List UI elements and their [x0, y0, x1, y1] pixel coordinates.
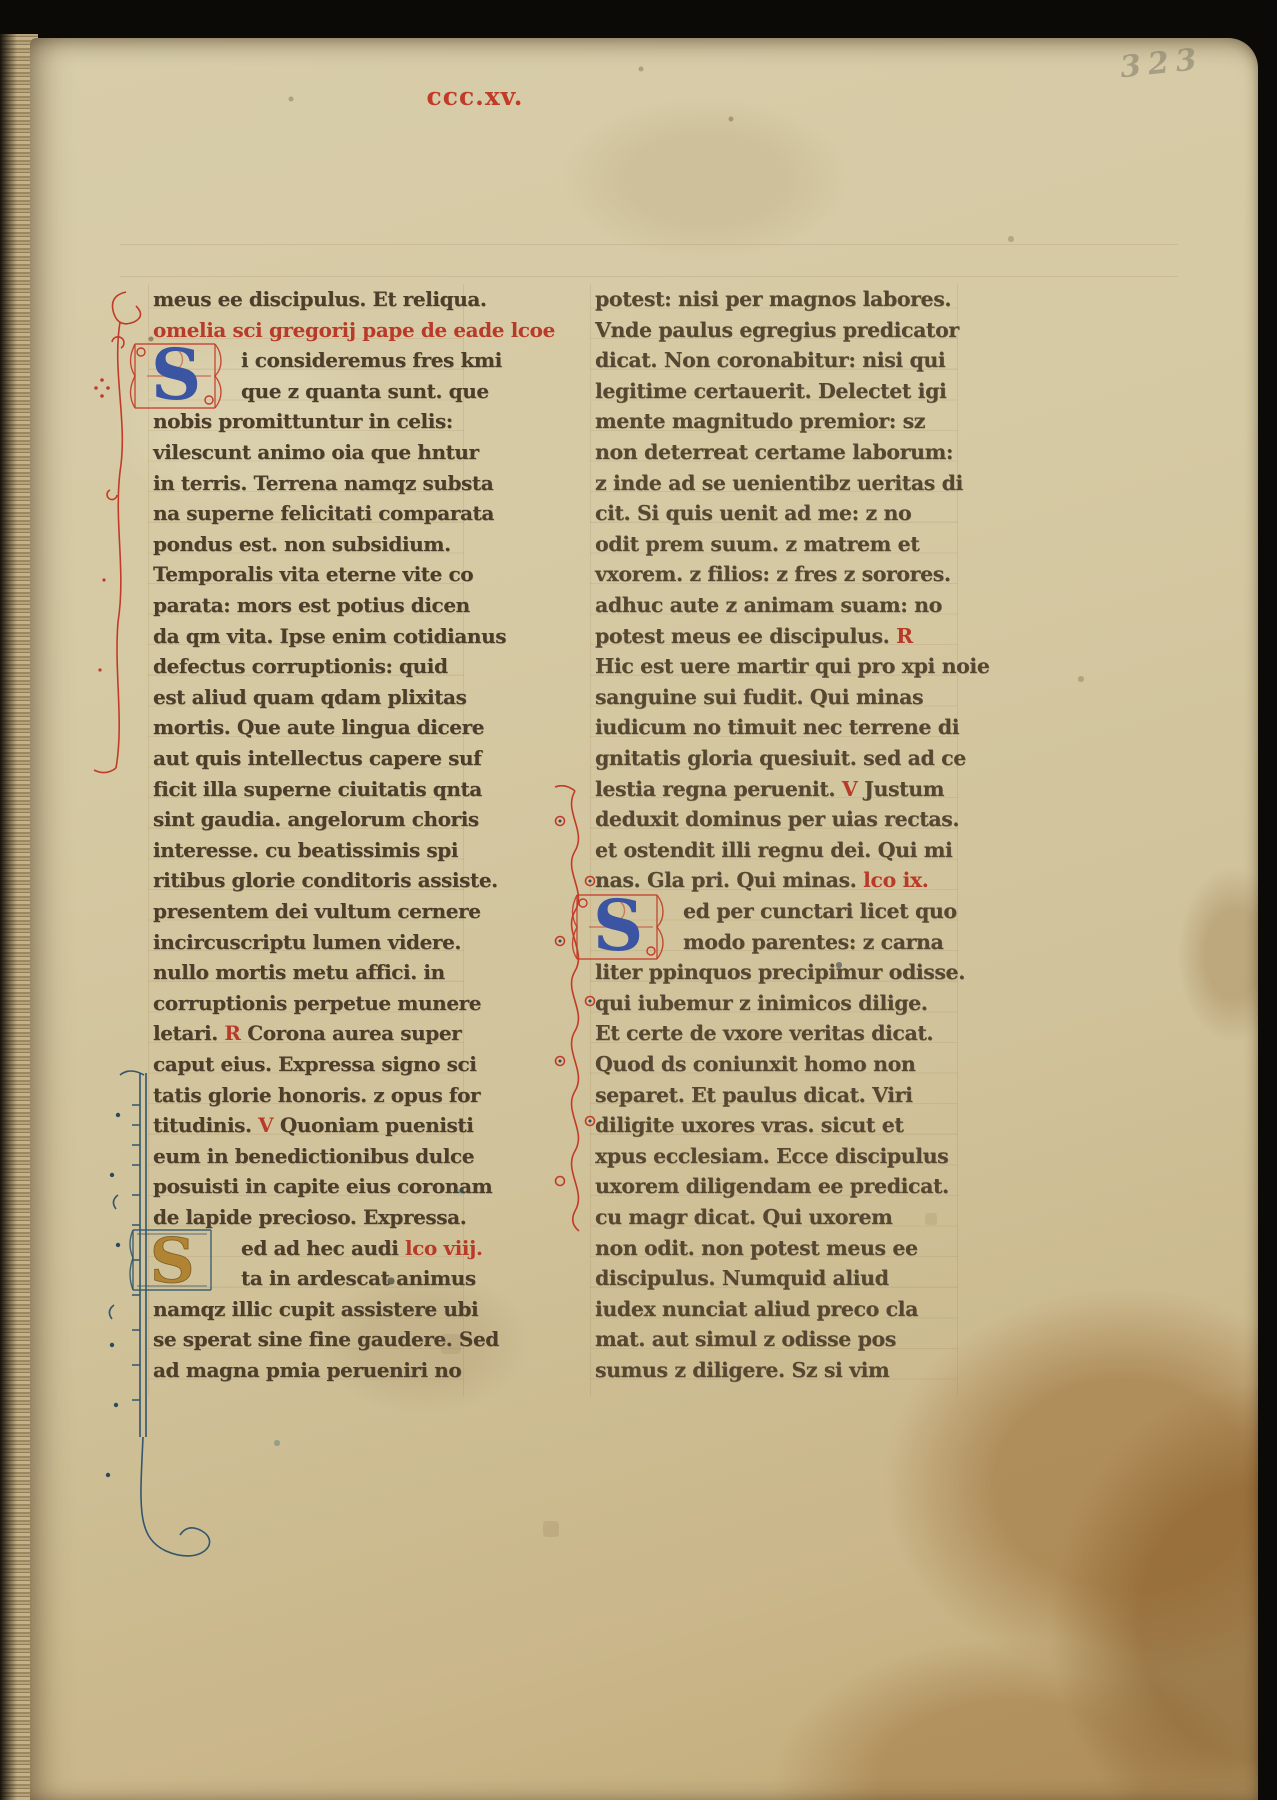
- rubric-text: R: [896, 624, 913, 648]
- photograph-backdrop: ccc.xv. 323: [0, 0, 1277, 1800]
- text-line: gnitatis gloria quesiuit. sed ad ce: [595, 743, 957, 774]
- text-line: aut quis intellectus capere suf: [153, 743, 463, 774]
- text-line: nas. Gla pri. Qui minas. lco ix.: [595, 865, 957, 896]
- body-text: non deterreat certame laborum:: [595, 440, 953, 464]
- body-text: caput eius. Expressa signo sci: [153, 1052, 477, 1076]
- body-text: sanguine sui fudit. Qui minas: [595, 685, 923, 709]
- body-text: parata: mors est potius dicen: [153, 593, 470, 617]
- rubric-text: R: [224, 1021, 240, 1045]
- text-line: defectus corruptionis: quid: [153, 651, 463, 682]
- body-text: da qm vita. Ipse enim cotidianus: [153, 624, 506, 648]
- body-text: ed ad hec audi: [241, 1236, 405, 1260]
- body-text: se sperat sine fine gaudere. Sed: [153, 1327, 499, 1351]
- text-line: non odit. non potest meus ee: [595, 1233, 957, 1264]
- body-text: namqz illic cupit assistere ubi: [153, 1297, 478, 1321]
- text-line: da qm vita. Ipse enim cotidianus: [153, 621, 463, 652]
- body-text: gnitatis gloria quesiuit. sed ad ce: [595, 746, 966, 770]
- text-line: dicat. Non coronabitur: nisi qui: [595, 345, 957, 376]
- text-line: adhuc aute z animam suam: no: [595, 590, 957, 621]
- body-text: uxorem diligendam ee predicat.: [595, 1174, 949, 1198]
- text-line: letari. R Corona aurea super: [153, 1018, 463, 1049]
- text-line: ritibus glorie conditoris assiste.: [153, 865, 463, 896]
- text-line: corruptionis perpetue munere: [153, 988, 463, 1019]
- text-line: qui iubemur z inimicos dilige.: [595, 988, 957, 1019]
- rubric-text: lco ix.: [863, 868, 928, 892]
- body-text: iudicum no timuit nec terrene di: [595, 715, 959, 739]
- body-text: ed per cunctari licet quo: [683, 899, 957, 923]
- body-text: ritibus glorie conditoris assiste.: [153, 868, 498, 892]
- body-text: odit prem suum. z matrem et: [595, 532, 919, 556]
- text-line: presentem dei vultum cernere: [153, 896, 463, 927]
- text-line: Hic est uere martir qui pro xpi noie: [595, 651, 957, 682]
- text-line: xpus ecclesiam. Ecce discipulus: [595, 1141, 957, 1172]
- text-line: ed per cunctari licet quo: [595, 896, 957, 927]
- text-line: lestia regna peruenit. V Justum: [595, 774, 957, 805]
- body-text: qui iubemur z inimicos dilige.: [595, 991, 928, 1015]
- text-line: que z quanta sunt. que: [153, 376, 463, 407]
- text-line: in terris. Terrena namqz substa: [153, 468, 463, 499]
- text-line: cit. Si quis uenit ad me: z no: [595, 498, 957, 529]
- body-text: Temporalis vita eterne vite co: [153, 562, 473, 586]
- body-text: adhuc aute z animam suam: no: [595, 593, 942, 617]
- body-text: Vnde paulus egregius predicator: [595, 318, 959, 342]
- body-text: liter ppinquos precipimur odisse.: [595, 960, 965, 984]
- text-line: sanguine sui fudit. Qui minas: [595, 682, 957, 713]
- body-text: non odit. non potest meus ee: [595, 1236, 918, 1260]
- body-text: vxorem. z filios: z fres z sorores.: [595, 562, 951, 586]
- text-line: posuisti in capite eius coronam: [153, 1171, 463, 1202]
- text-line: z inde ad se uenientibz ueritas di: [595, 468, 957, 499]
- body-text: que z quanta sunt. que: [241, 379, 489, 403]
- rubric-text: omelia sci gregorij pape de eade lcoe: [153, 318, 555, 342]
- text-line: Temporalis vita eterne vite co: [153, 559, 463, 590]
- text-line: discipulus. Numquid aliud: [595, 1263, 957, 1294]
- body-text: ta in ardescat animus: [241, 1266, 476, 1290]
- body-text: incircuscriptu lumen videre.: [153, 930, 461, 954]
- body-text: separet. Et paulus dicat. Viri: [595, 1083, 912, 1107]
- text-line: Vnde paulus egregius predicator: [595, 315, 957, 346]
- body-text: corruptionis perpetue munere: [153, 991, 481, 1015]
- ruling-line: [120, 244, 1178, 245]
- text-column-right: potest: nisi per magnos labores.Vnde pau…: [590, 284, 958, 1396]
- body-text: defectus corruptionis: quid: [153, 654, 448, 678]
- body-text: nullo mortis metu affici. in: [153, 960, 445, 984]
- body-text: presentem dei vultum cernere: [153, 899, 481, 923]
- body-text: sumus z diligere. Sz si vim: [595, 1358, 889, 1382]
- body-text: de lapide precioso. Expressa.: [153, 1205, 466, 1229]
- body-text: sint gaudia. angelorum choris: [153, 807, 479, 831]
- text-line: potest: nisi per magnos labores.: [595, 284, 957, 315]
- body-text: Hic est uere martir qui pro xpi noie: [595, 654, 989, 678]
- body-text: cu magr dicat. Qui uxorem: [595, 1205, 892, 1229]
- body-text: na superne felicitati comparata: [153, 501, 494, 525]
- body-text: ficit illa superne ciuitatis qnta: [153, 777, 482, 801]
- text-line: ed ad hec audi lco viij.: [153, 1233, 463, 1264]
- rubric-text: V: [258, 1113, 273, 1137]
- text-line: mortis. Que aute lingua dicere: [153, 712, 463, 743]
- text-line: Quod ds coniunxit homo non: [595, 1049, 957, 1080]
- body-text: Justum: [857, 777, 944, 801]
- body-text: mat. aut simul z odisse pos: [595, 1327, 896, 1351]
- text-line: cu magr dicat. Qui uxorem: [595, 1202, 957, 1233]
- text-line: diligite uxores vras. sicut et: [595, 1110, 957, 1141]
- text-line: interesse. cu beatissimis spi: [153, 835, 463, 866]
- text-line: potest meus ee discipulus. R: [595, 621, 957, 652]
- text-line: deduxit dominus per uias rectas.: [595, 804, 957, 835]
- body-text: mortis. Que aute lingua dicere: [153, 715, 484, 739]
- body-text: posuisti in capite eius coronam: [153, 1174, 492, 1198]
- text-line: sint gaudia. angelorum choris: [153, 804, 463, 835]
- body-text: diligite uxores vras. sicut et: [595, 1113, 903, 1137]
- body-text: i consideremus fres kmi: [241, 348, 502, 372]
- text-line: vilescunt animo oia que hntur: [153, 437, 463, 468]
- body-text: est aliud quam qdam plixitas: [153, 685, 466, 709]
- body-text: pondus est. non subsidium.: [153, 532, 451, 556]
- body-text: potest: nisi per magnos labores.: [595, 287, 951, 311]
- text-line: modo parentes: z carna: [595, 927, 957, 958]
- text-line: i consideremus fres kmi: [153, 345, 463, 376]
- text-line: omelia sci gregorij pape de eade lcoe: [153, 315, 463, 346]
- text-line: eum in benedictionibus dulce: [153, 1141, 463, 1172]
- body-text: nobis promittuntur in celis:: [153, 409, 453, 433]
- body-text: tatis glorie honoris. z opus for: [153, 1083, 480, 1107]
- text-line: mente magnitudo premior: sz: [595, 406, 957, 437]
- body-text: deduxit dominus per uias rectas.: [595, 807, 959, 831]
- body-text: Corona aurea super: [241, 1021, 462, 1045]
- text-line: separet. Et paulus dicat. Viri: [595, 1080, 957, 1111]
- body-text: lestia regna peruenit.: [595, 777, 842, 801]
- body-text: vilescunt animo oia que hntur: [153, 440, 479, 464]
- text-line: iudex nunciat aliud preco cla: [595, 1294, 957, 1325]
- body-text: Et certe de vxore veritas dicat.: [595, 1021, 933, 1045]
- text-line: na superne felicitati comparata: [153, 498, 463, 529]
- text-column-left: meus ee discipulus. Et reliqua.omelia sc…: [148, 284, 464, 1396]
- body-text: legitime certauerit. Delectet igi: [595, 379, 946, 403]
- text-line: iudicum no timuit nec terrene di: [595, 712, 957, 743]
- text-line: caput eius. Expressa signo sci: [153, 1049, 463, 1080]
- body-text: modo parentes: z carna: [683, 930, 943, 954]
- manuscript-page: ccc.xv. 323: [30, 38, 1258, 1800]
- body-text: titudinis.: [153, 1113, 258, 1137]
- folio-number: ccc.xv.: [395, 82, 555, 111]
- text-line: legitime certauerit. Delectet igi: [595, 376, 957, 407]
- text-line: meus ee discipulus. Et reliqua.: [153, 284, 463, 315]
- text-line: vxorem. z filios: z fres z sorores.: [595, 559, 957, 590]
- body-text: meus ee discipulus. Et reliqua.: [153, 287, 486, 311]
- text-line: nullo mortis metu affici. in: [153, 957, 463, 988]
- text-line: parata: mors est potius dicen: [153, 590, 463, 621]
- text-line: liter ppinquos precipimur odisse.: [595, 957, 957, 988]
- body-text: iudex nunciat aliud preco cla: [595, 1297, 918, 1321]
- red-filigree-decoration: [90, 280, 150, 780]
- text-line: pondus est. non subsidium.: [153, 529, 463, 560]
- pencil-foliation: 323: [1118, 42, 1205, 86]
- text-line: mat. aut simul z odisse pos: [595, 1324, 957, 1355]
- body-text: xpus ecclesiam. Ecce discipulus: [595, 1144, 948, 1168]
- text-line: uxorem diligendam ee predicat.: [595, 1171, 957, 1202]
- text-line: tatis glorie honoris. z opus for: [153, 1080, 463, 1111]
- body-text: dicat. Non coronabitur: nisi qui: [595, 348, 945, 372]
- body-text: mente magnitudo premior: sz: [595, 409, 925, 433]
- body-text: interesse. cu beatissimis spi: [153, 838, 458, 862]
- text-line: ad magna pmia perueniri no: [153, 1355, 463, 1386]
- text-line: se sperat sine fine gaudere. Sed: [153, 1324, 463, 1355]
- text-line: ficit illa superne ciuitatis qnta: [153, 774, 463, 805]
- ruling-line: [120, 276, 1178, 277]
- body-text: et ostendit illi regnu dei. Qui mi: [595, 838, 952, 862]
- text-line: de lapide precioso. Expressa.: [153, 1202, 463, 1233]
- body-text: discipulus. Numquid aliud: [595, 1266, 889, 1290]
- body-text: Quod ds coniunxit homo non: [595, 1052, 915, 1076]
- body-text: aut quis intellectus capere suf: [153, 746, 481, 770]
- rubric-text: V: [842, 777, 858, 801]
- text-line: incircuscriptu lumen videre.: [153, 927, 463, 958]
- body-text: potest meus ee discipulus.: [595, 624, 896, 648]
- body-text: ad magna pmia perueniri no: [153, 1358, 461, 1382]
- body-text: eum in benedictionibus dulce: [153, 1144, 474, 1168]
- body-text: Quoniam puenisti: [273, 1113, 473, 1137]
- text-line: est aliud quam qdam plixitas: [153, 682, 463, 713]
- text-line: nobis promittuntur in celis:: [153, 406, 463, 437]
- body-text: z inde ad se uenientibz ueritas di: [595, 471, 963, 495]
- text-line: ta in ardescat animus: [153, 1263, 463, 1294]
- body-text: nas. Gla pri. Qui minas.: [595, 868, 863, 892]
- body-text: in terris. Terrena namqz substa: [153, 471, 493, 495]
- body-text: letari.: [153, 1021, 224, 1045]
- text-line: odit prem suum. z matrem et: [595, 529, 957, 560]
- text-line: et ostendit illi regnu dei. Qui mi: [595, 835, 957, 866]
- rubric-text: lco viij.: [405, 1236, 483, 1260]
- text-line: Et certe de vxore veritas dicat.: [595, 1018, 957, 1049]
- text-line: non deterreat certame laborum:: [595, 437, 957, 468]
- text-line: sumus z diligere. Sz si vim: [595, 1355, 957, 1386]
- text-line: titudinis. V Quoniam puenisti: [153, 1110, 463, 1141]
- body-text: cit. Si quis uenit ad me: z no: [595, 501, 911, 525]
- text-line: namqz illic cupit assistere ubi: [153, 1294, 463, 1325]
